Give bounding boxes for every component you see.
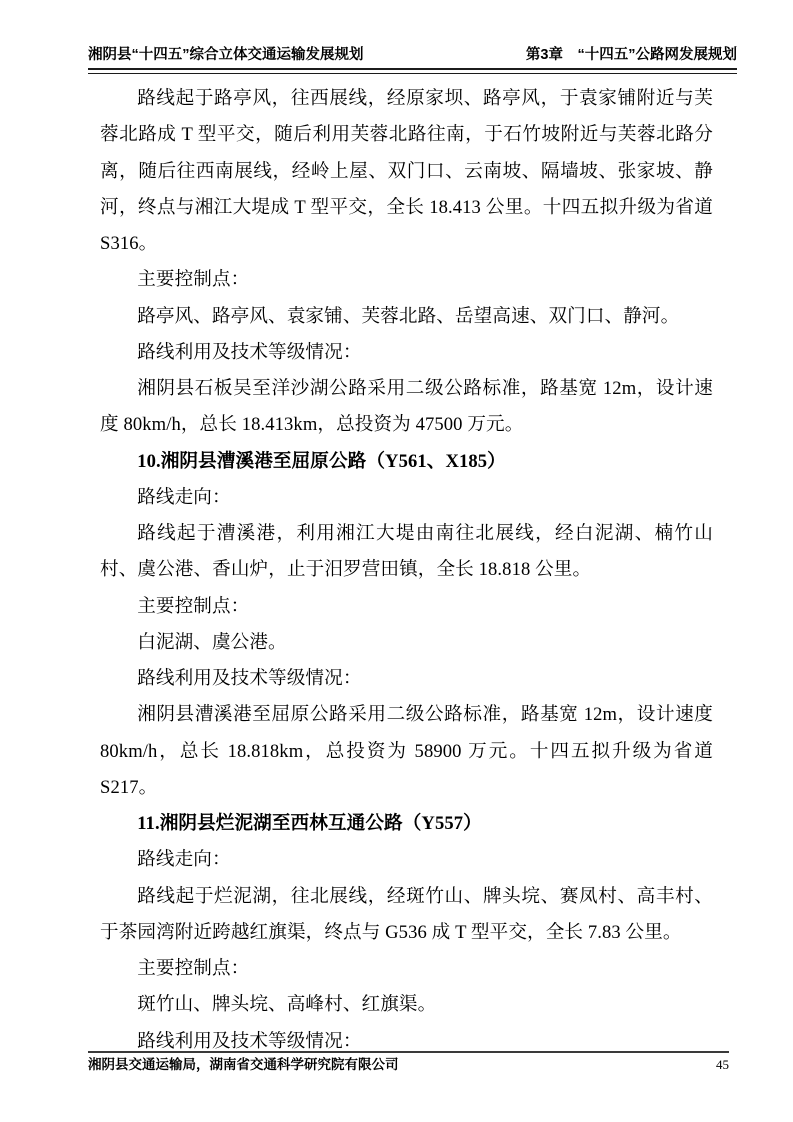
document-body: 路线起于路亭风，往西展线，经原家坝、路亭风，于袁家铺附近与芙蓉北路成 T 型平交… (100, 81, 713, 1060)
paragraph: 白泥湖、虞公港。 (100, 625, 713, 661)
page-footer: 湘阴县交通运输局，湖南省交通科学研究院有限公司 45 (88, 1051, 729, 1073)
page-number: 45 (716, 1056, 729, 1073)
paragraph: 路线利用及技术等级情况： (100, 335, 713, 371)
header-left-title: 湘阴县“十四五”综合立体交通运输发展规划 (88, 46, 364, 64)
header-right-title: 第3章 “十四五”公路网发展规划 (526, 46, 737, 64)
header-double-rule (88, 68, 737, 74)
paragraph: 路线利用及技术等级情况： (100, 661, 713, 697)
paragraph: 主要控制点： (100, 262, 713, 298)
document-page: 湘阴县“十四五”综合立体交通运输发展规划 第3章 “十四五”公路网发展规划 路线… (0, 0, 793, 1122)
section-heading: 11.湘阴县烂泥湖至西林互通公路（Y557） (100, 806, 713, 842)
paragraph: 路线走向： (100, 842, 713, 878)
paragraph: 湘阴县漕溪港至屈原公路采用二级公路标准，路基宽 12m，设计速度 80km/h，… (100, 697, 713, 806)
paragraph: 路线起于漕溪港，利用湘江大堤由南往北展线，经白泥湖、楠竹山村、虞公港、香山炉，止… (100, 516, 713, 589)
section-heading: 10.湘阴县漕溪港至屈原公路（Y561、X185） (100, 444, 713, 480)
paragraph: 路线走向： (100, 480, 713, 516)
footer-organization: 湘阴县交通运输局，湖南省交通科学研究院有限公司 (88, 1056, 399, 1073)
paragraph: 路亭风、路亭风、袁家铺、芙蓉北路、岳望高速、双门口、静河。 (100, 299, 713, 335)
paragraph: 湘阴县石板吴至洋沙湖公路采用二级公路标准，路基宽 12m，设计速度 80km/h… (100, 371, 713, 444)
paragraph: 主要控制点： (100, 951, 713, 987)
paragraph: 斑竹山、牌头垸、高峰村、红旗渠。 (100, 987, 713, 1023)
paragraph: 路线起于路亭风，往西展线，经原家坝、路亭风，于袁家铺附近与芙蓉北路成 T 型平交… (100, 81, 713, 262)
page-header: 湘阴县“十四五”综合立体交通运输发展规划 第3章 “十四五”公路网发展规划 (88, 46, 737, 74)
paragraph: 路线起于烂泥湖，往北展线，经斑竹山、牌头垸、赛凤村、高丰村、于茶园湾附近跨越红旗… (100, 879, 713, 952)
paragraph: 主要控制点： (100, 589, 713, 625)
